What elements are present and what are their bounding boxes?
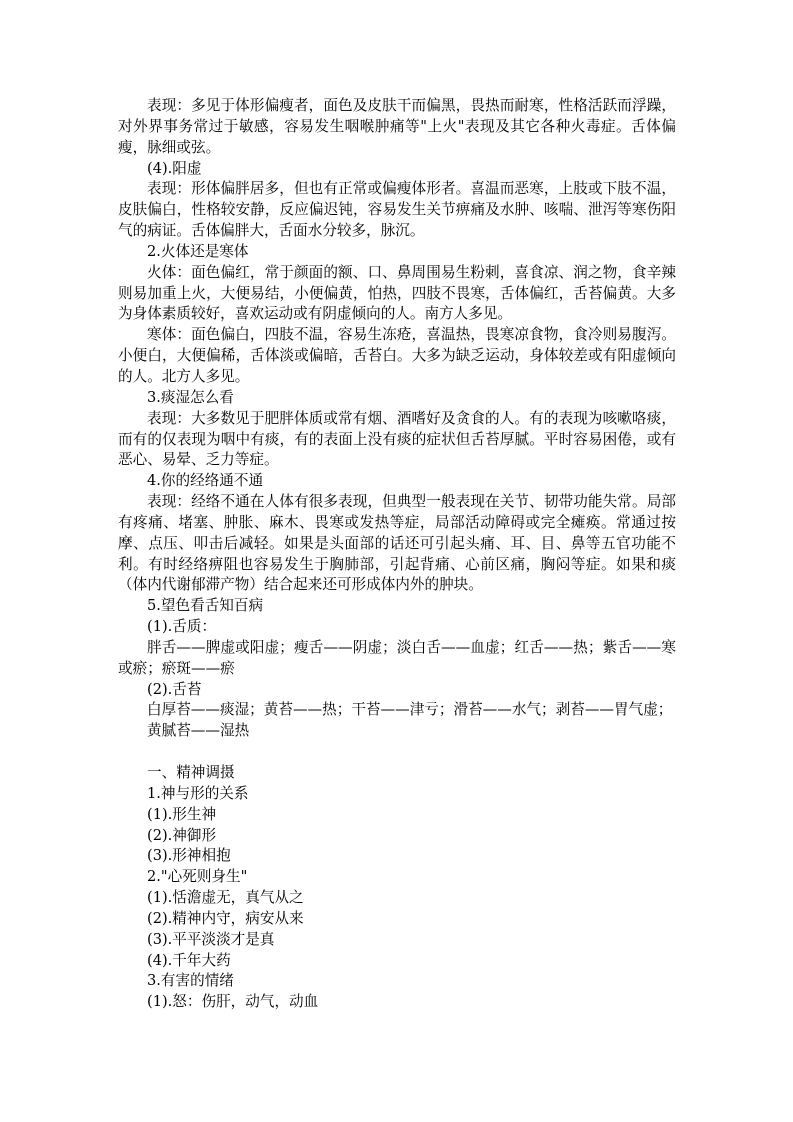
list-item: (1).恬澹虚无，真气从之	[118, 888, 676, 909]
list-item: (4).千年大药	[118, 951, 676, 972]
paragraph-tongue-coating-list: 白厚苔——痰湿；黄苔——热；干苔——津亏；滑苔——水气；剥苔——胃气虚；	[118, 700, 676, 721]
heading-fire-or-cold: 2.火体还是寒体	[118, 242, 676, 263]
heading-meridians: 4.你的经络通不通	[118, 471, 676, 492]
paragraph-phlegm-symptoms: 表现：大多数见于肥胖体质或常有烟、酒嗜好及贪食的人。有的表现为咳嗽咯痰，而有的仅…	[118, 409, 676, 472]
heading-tongue-body: (1).舌质：	[118, 617, 676, 638]
heading-tongue-diagnosis: 5.望色看舌知百病	[118, 596, 676, 617]
heading-phlegm-dampness: 3.痰湿怎么看	[118, 388, 676, 409]
paragraph-yangxu-symptoms: 表现：形体偏胖居多，但也有正常或偏瘦体形者。喜温而恶寒，上肢或下肢不温，皮肤偏白…	[118, 179, 676, 242]
heading-heart-death-body-life: 2."心死则身生"	[118, 867, 676, 888]
heading-spirit-form-relation: 1.神与形的关系	[118, 784, 676, 805]
paragraph-fire-body: 火体：面色偏红，常于颜面的额、口、鼻周围易生粉刺，喜食凉、润之物，食辛辣则易加重…	[118, 263, 676, 326]
paragraph-yinxu-symptoms: 表现：多见于体形偏瘦者，面色及皮肤干而偏黑，畏热而耐寒，性格活跃而浮躁，对外界事…	[118, 96, 676, 159]
list-item: (3).平平淡淡才是真	[118, 930, 676, 951]
section-title-mental-regulation: 一、精神调摄	[118, 763, 676, 784]
blank-line	[118, 742, 676, 763]
paragraph-tongue-coating-list-2: 黄腻苔——湿热	[118, 721, 676, 742]
heading-tongue-coating: (2).舌苔	[118, 680, 676, 701]
list-item: (1).怒：伤肝，动气，动血	[118, 992, 676, 1013]
list-item: (2).精神内守，病安从来	[118, 909, 676, 930]
paragraph-tongue-body-list: 胖舌——脾虚或阳虚；瘦舌——阴虚；淡白舌——血虚；红舌——热；紫舌——寒或瘀；瘀…	[118, 638, 676, 680]
document-page: 表现：多见于体形偏瘦者，面色及皮肤干而偏黑，畏热而耐寒，性格活跃而浮躁，对外界事…	[118, 96, 676, 1013]
heading-harmful-emotions: 3.有害的情绪	[118, 971, 676, 992]
list-item: (1).形生神	[118, 805, 676, 826]
list-item: (2).神御形	[118, 826, 676, 847]
list-item: (3).形神相抱	[118, 846, 676, 867]
heading-yangxu: (4).阳虚	[118, 159, 676, 180]
paragraph-cold-body: 寒体：面色偏白，四肢不温，容易生冻疮，喜温热，畏寒凉食物，食冷则易腹泻。小便白，…	[118, 325, 676, 388]
paragraph-meridian-symptoms: 表现：经络不通在人体有很多表现，但典型一般表现在关节、韧带功能失常。局部有疼痛、…	[118, 492, 676, 596]
